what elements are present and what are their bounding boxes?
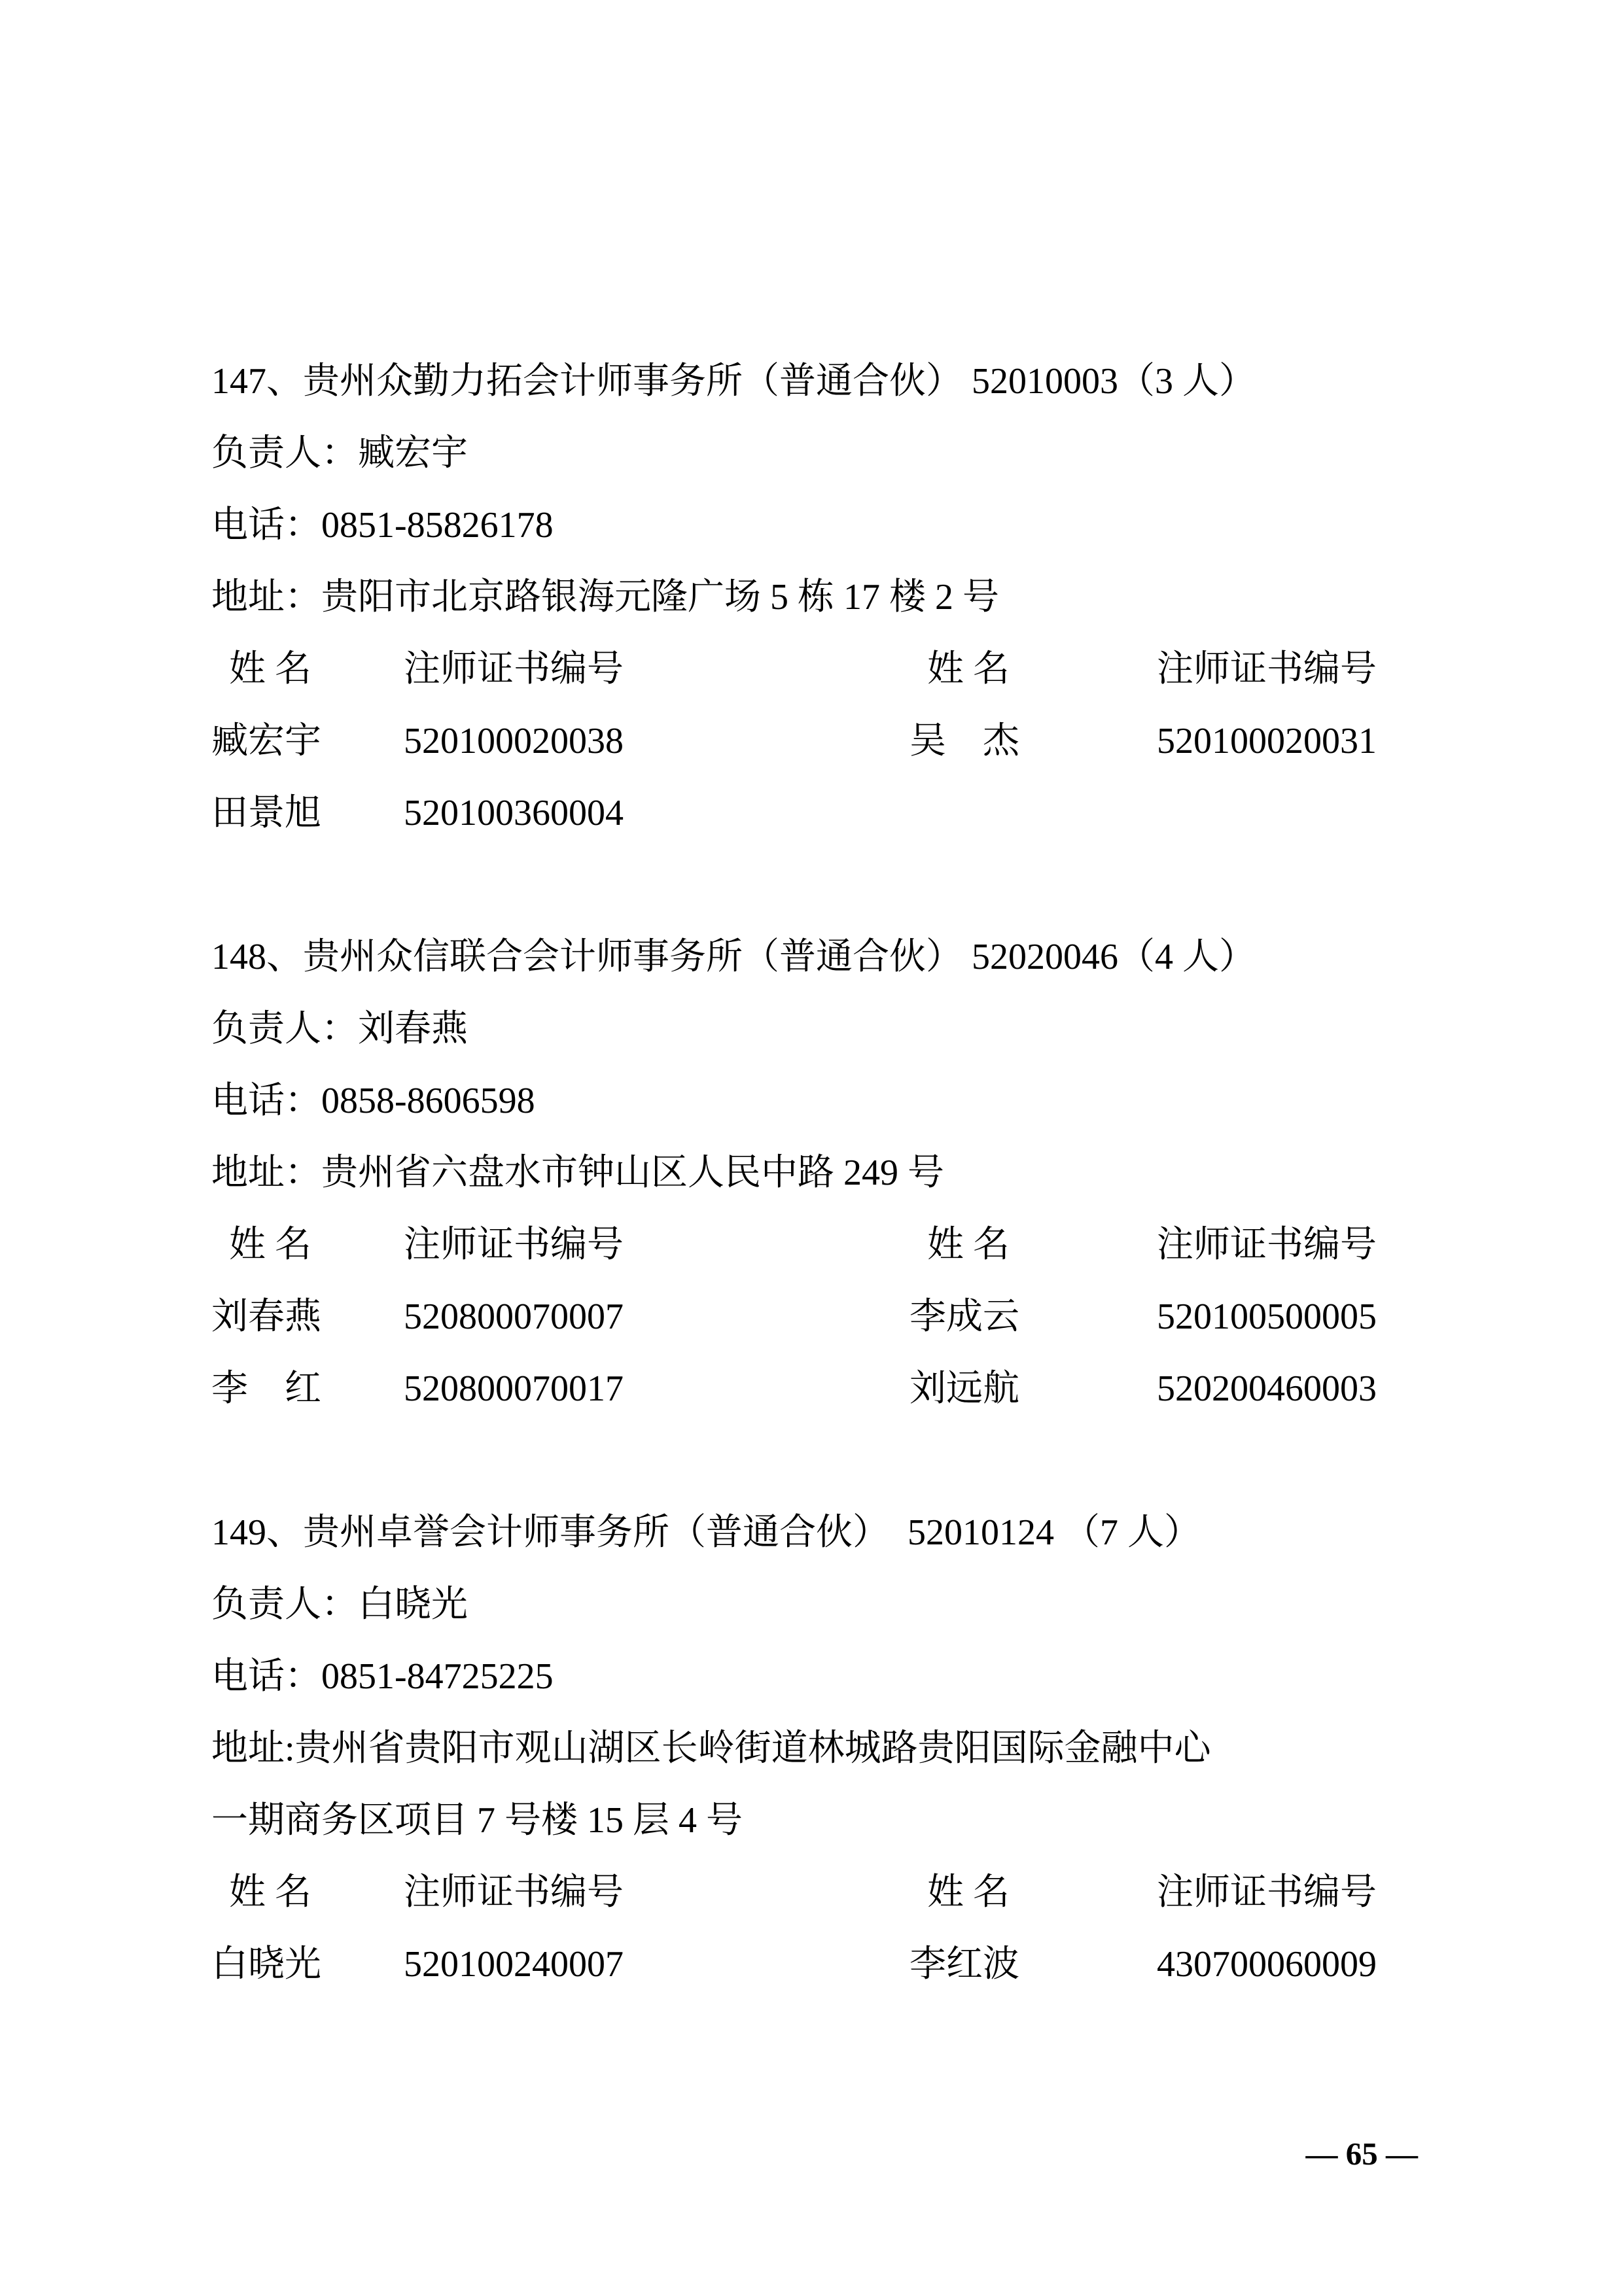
cert-number: 520800070017 [404, 1353, 909, 1425]
roster-row: 刘春燕 520800070007 李成云 520100500005 [211, 1281, 1424, 1353]
name-header: 姓 名 [909, 1856, 1157, 1928]
cert-number: 520100020038 [404, 705, 909, 777]
firm-heading: 148、贵州众信联合会计师事务所（普通合伙） 52020046（4 人） [211, 921, 1424, 993]
cert-number: 520100020031 [1157, 705, 1424, 777]
phone-label: 电话： [211, 505, 321, 546]
page-number: — 65 — [1306, 2138, 1419, 2170]
cert-number: 520800070007 [404, 1281, 909, 1353]
name-header: 姓 名 [211, 633, 404, 705]
manager-name: 臧宏宇 [358, 433, 468, 474]
phone-number: 0851-84725225 [321, 1656, 554, 1697]
address-text: 一期商务区项目 7 号楼 15 层 4 号 [211, 1800, 743, 1841]
firm-heading: 149、贵州卓誉会计师事务所（普通合伙） 52010124 （7 人） [211, 1497, 1424, 1569]
roster-table: 姓 名 注师证书编号 姓 名 注师证书编号 刘春燕 520800070007 李… [211, 1209, 1424, 1425]
address-line: 地址：贵州省六盘水市钟山区人民中路 249 号 [211, 1137, 1424, 1209]
cert-number-header: 注师证书编号 [1157, 1209, 1424, 1281]
cert-number-header: 注师证书编号 [404, 1856, 909, 1928]
manager-line: 负责人：白晓光 [211, 1569, 1424, 1641]
roster-header-row: 姓 名 注师证书编号 姓 名 注师证书编号 [211, 633, 1424, 705]
member-name: 刘春燕 [211, 1281, 404, 1353]
cert-number [1157, 777, 1424, 849]
phone-label: 电话： [211, 1081, 321, 1121]
firm-section-147: 147、贵州众勤力拓会计师事务所（普通合伙） 52010003（3 人） 负责人… [211, 345, 1424, 849]
member-name: 刘远航 [909, 1353, 1157, 1425]
cert-number-header: 注师证书编号 [404, 633, 909, 705]
name-header: 姓 名 [211, 1209, 404, 1281]
roster-table: 姓 名 注师证书编号 姓 名 注师证书编号 白晓光 520100240007 李… [211, 1856, 1424, 2000]
member-name: 吴 杰 [909, 705, 1157, 777]
member-name: 田景旭 [211, 777, 404, 849]
firm-section-148: 148、贵州众信联合会计师事务所（普通合伙） 52020046（4 人） 负责人… [211, 921, 1424, 1425]
document-page: 147、贵州众勤力拓会计师事务所（普通合伙） 52010003（3 人） 负责人… [0, 0, 1624, 2296]
manager-line: 负责人：臧宏宇 [211, 417, 1424, 489]
name-header: 姓 名 [909, 633, 1157, 705]
phone-number: 0858-8606598 [321, 1081, 535, 1121]
roster-row: 臧宏宇 520100020038 吴 杰 520100020031 [211, 705, 1424, 777]
member-name [909, 777, 1157, 849]
cert-number-header: 注师证书编号 [1157, 1856, 1424, 1928]
roster-header-row: 姓 名 注师证书编号 姓 名 注师证书编号 [211, 1209, 1424, 1281]
address-label: 地址： [211, 1153, 321, 1193]
cert-number: 430700060009 [1157, 1928, 1424, 2000]
cert-number: 520100500005 [1157, 1281, 1424, 1353]
firm-section-149: 149、贵州卓誉会计师事务所（普通合伙） 52010124 （7 人） 负责人：… [211, 1497, 1424, 2000]
phone-line: 电话：0851-84725225 [211, 1641, 1424, 1713]
roster-header-row: 姓 名 注师证书编号 姓 名 注师证书编号 [211, 1856, 1424, 1928]
member-name: 李红波 [909, 1928, 1157, 2000]
roster-row: 李 红 520800070017 刘远航 520200460003 [211, 1353, 1424, 1425]
address-line: 地址:贵州省贵阳市观山湖区长岭街道林城路贵阳国际金融中心 [211, 1713, 1424, 1784]
phone-line: 电话：0858-8606598 [211, 1065, 1424, 1137]
roster-table: 姓 名 注师证书编号 姓 名 注师证书编号 臧宏宇 520100020038 吴… [211, 633, 1424, 849]
manager-label: 负责人： [211, 1009, 358, 1049]
member-name: 李 红 [211, 1353, 404, 1425]
section-spacer [211, 1425, 1424, 1497]
name-header: 姓 名 [211, 1856, 404, 1928]
member-name: 李成云 [909, 1281, 1157, 1353]
address-line-continuation: 一期商务区项目 7 号楼 15 层 4 号 [211, 1784, 1424, 1856]
cert-number: 520100240007 [404, 1928, 909, 2000]
member-name: 臧宏宇 [211, 705, 404, 777]
address-text: 贵州省六盘水市钟山区人民中路 249 号 [321, 1153, 944, 1193]
address-line: 地址：贵阳市北京路银海元隆广场 5 栋 17 楼 2 号 [211, 561, 1424, 633]
manager-name: 刘春燕 [358, 1009, 468, 1049]
manager-label: 负责人： [211, 433, 358, 474]
cert-number: 520100360004 [404, 777, 909, 849]
address-label: 地址: [211, 1728, 295, 1769]
roster-row: 白晓光 520100240007 李红波 430700060009 [211, 1928, 1424, 2000]
address-text: 贵州省贵阳市观山湖区长岭街道林城路贵阳国际金融中心 [295, 1728, 1211, 1769]
phone-label: 电话： [211, 1656, 321, 1697]
section-spacer [211, 849, 1424, 921]
cert-number: 520200460003 [1157, 1353, 1424, 1425]
manager-label: 负责人： [211, 1584, 358, 1625]
phone-number: 0851-85826178 [321, 505, 554, 546]
document-content: 147、贵州众勤力拓会计师事务所（普通合伙） 52010003（3 人） 负责人… [211, 345, 1424, 2000]
cert-number-header: 注师证书编号 [1157, 633, 1424, 705]
name-header: 姓 名 [909, 1209, 1157, 1281]
roster-row: 田景旭 520100360004 [211, 777, 1424, 849]
phone-line: 电话：0851-85826178 [211, 489, 1424, 561]
address-label: 地址： [211, 577, 321, 617]
manager-line: 负责人：刘春燕 [211, 993, 1424, 1065]
firm-heading: 147、贵州众勤力拓会计师事务所（普通合伙） 52010003（3 人） [211, 345, 1424, 417]
member-name: 白晓光 [211, 1928, 404, 2000]
cert-number-header: 注师证书编号 [404, 1209, 909, 1281]
address-text: 贵阳市北京路银海元隆广场 5 栋 17 楼 2 号 [321, 577, 999, 617]
manager-name: 白晓光 [358, 1584, 468, 1625]
